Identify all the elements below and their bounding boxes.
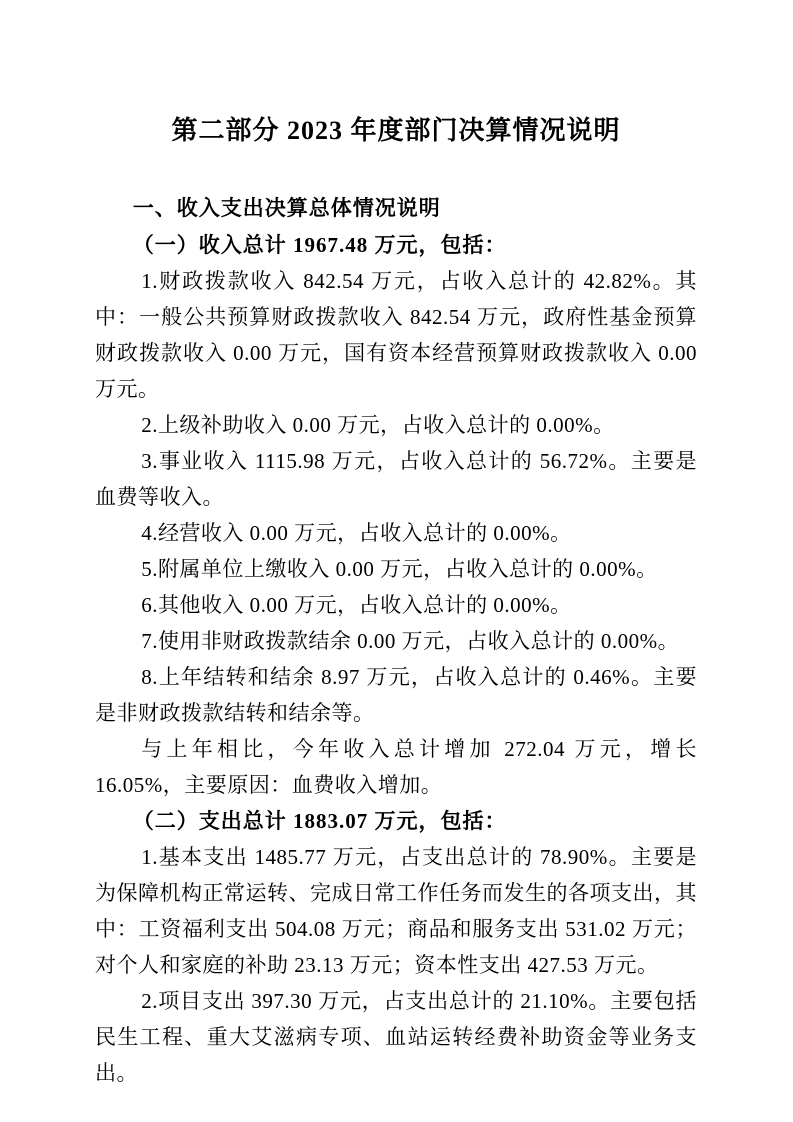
section-heading-overview: 一、收入支出决算总体情况说明 [95, 191, 697, 227]
document-page: 第二部分 2023 年度部门决算情况说明 一、收入支出决算总体情况说明 （一）收… [0, 0, 793, 1122]
income-paragraph-superior-subsidy: 2.上级补助收入 0.00 万元，占收入总计的 0.00%。 [95, 407, 697, 443]
income-paragraph-operating-institution: 3.事业收入 1115.98 万元，占收入总计的 56.72%。主要是血费等收入… [95, 443, 697, 515]
income-paragraph-carryover: 8.上年结转和结余 8.97 万元，占收入总计的 0.46%。主要是非财政拨款结… [95, 659, 697, 731]
document-body: 一、收入支出决算总体情况说明 （一）收入总计 1967.48 万元，包括： 1.… [95, 191, 697, 1091]
document-title: 第二部分 2023 年度部门决算情况说明 [95, 111, 697, 151]
income-paragraph-business-operating: 4.经营收入 0.00 万元，占收入总计的 0.00%。 [95, 515, 697, 551]
income-paragraph-affiliated-units: 5.附属单位上缴收入 0.00 万元，占收入总计的 0.00%。 [95, 551, 697, 587]
income-paragraph-year-comparison: 与上年相比，今年收入总计增加 272.04 万元，增长 16.05%，主要原因：… [95, 731, 697, 803]
subsection-heading-expenditure-total: （二）支出总计 1883.07 万元，包括： [95, 803, 697, 839]
subsection-heading-income-total: （一）收入总计 1967.48 万元，包括： [95, 227, 697, 263]
expenditure-paragraph-basic: 1.基本支出 1485.77 万元，占支出总计的 78.90%。主要是为保障机构… [95, 839, 697, 983]
expenditure-paragraph-project: 2.项目支出 397.30 万元，占支出总计的 21.10%。主要包括民生工程、… [95, 983, 697, 1091]
income-paragraph-non-fiscal-balance: 7.使用非财政拨款结余 0.00 万元，占收入总计的 0.00%。 [95, 623, 697, 659]
income-paragraph-other-income: 6.其他收入 0.00 万元，占收入总计的 0.00%。 [95, 587, 697, 623]
income-paragraph-fiscal-appropriation: 1.财政拨款收入 842.54 万元，占收入总计的 42.82%。其中：一般公共… [95, 263, 697, 407]
